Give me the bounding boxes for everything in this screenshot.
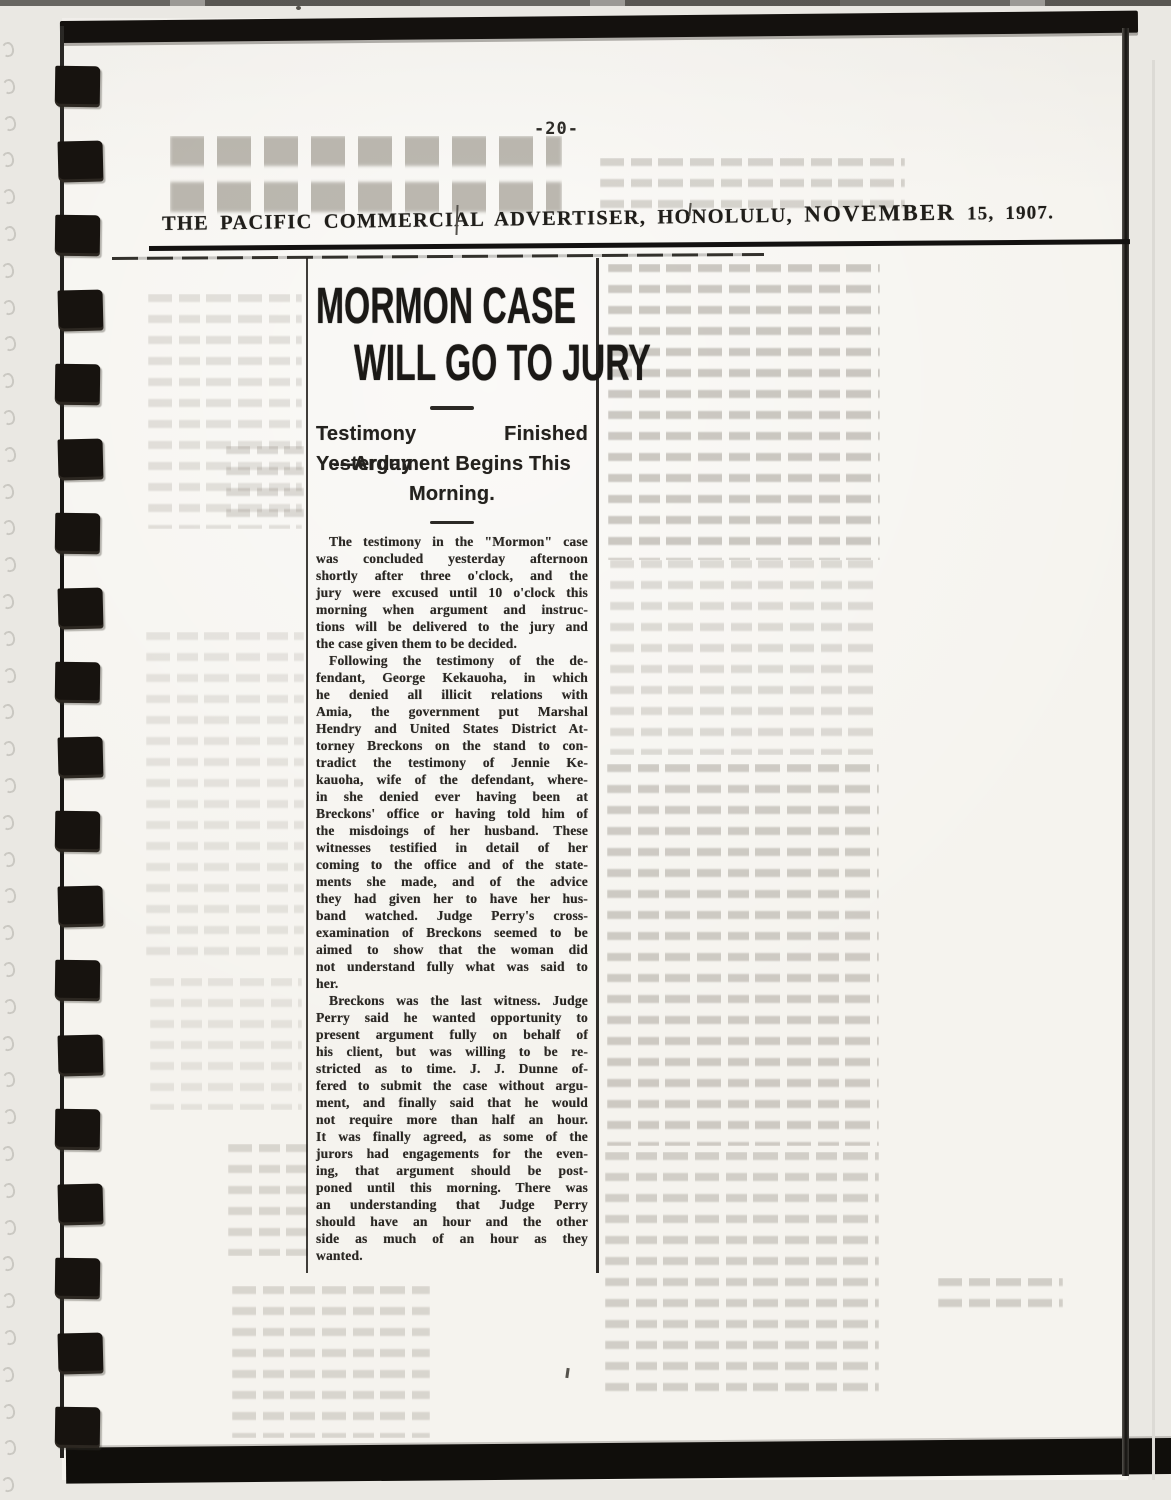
page-right-edge-shadow [1122, 28, 1129, 1476]
article-line: they had given her to have her hus- [316, 890, 588, 907]
spiral-ring [0, 1145, 15, 1162]
spiral-ring [0, 703, 15, 720]
binding-hole [58, 736, 104, 778]
spiral-ring [2, 887, 17, 904]
article-line: was concluded yesterday afternoon [316, 550, 588, 567]
article-line: present argument fully on behalf of [316, 1026, 588, 1043]
spiral-ring [1, 1182, 16, 1199]
spiral-ring [0, 151, 15, 168]
ghost-text-block [605, 1152, 879, 1404]
spiral-ring [0, 814, 15, 831]
article-line: jurors had engagements for the even- [316, 1145, 588, 1162]
spiral-ring [0, 372, 15, 389]
ghost-text-block [228, 1144, 308, 1256]
article-line: should have an hour and the other [316, 1213, 588, 1230]
article-line: Amia, the government put Marshal [316, 703, 588, 720]
binding-hole [58, 885, 104, 927]
article-line: examination of Breckons seemed to be [316, 924, 588, 941]
article-line: witnesses testified in detail of her [316, 839, 588, 856]
article-line: It was finally agreed, as some of the [316, 1128, 588, 1145]
ghost-text-block [608, 264, 880, 560]
spiral-ring [2, 225, 17, 242]
spiral-ring [1, 78, 16, 95]
article-line: Breckons' office or having told him of [316, 805, 588, 822]
article-line: ing, that argument should be post- [316, 1162, 588, 1179]
binding-hole [55, 364, 101, 406]
article-line: aimed to show that the woman did [316, 941, 588, 958]
binding-hole [55, 66, 101, 108]
article-line: not understand fully what was said to [316, 958, 588, 975]
binding-hole [58, 140, 104, 182]
article-line: stricted as to time. J. J. Dunne of- [316, 1060, 588, 1077]
article-line: Following the testimony of the de- [316, 652, 588, 669]
binding-hole [58, 1034, 104, 1076]
spiral-ring [2, 777, 17, 794]
article-line: side as much of an hour as they [316, 1230, 588, 1247]
binding-hole [58, 1332, 104, 1374]
article-line: in she denied ever having been at [316, 788, 588, 805]
spiral-ring [1, 188, 16, 205]
article-column: MORMON CASE WILL GO TO JURY Testimony Fi… [306, 258, 599, 1273]
ghost-text-block [150, 978, 302, 1110]
article-line: the misdoings of her husband. These [316, 822, 588, 839]
spiral-ring [2, 1439, 17, 1456]
article-line: shortly after three o'clock, and the [316, 567, 588, 584]
subhead-line: Testimony Finished Yesterday [316, 419, 588, 449]
spiral-ring [1, 961, 16, 978]
page-number: -20- [534, 119, 579, 139]
article-line: jury were excused until 10 o'clock this [316, 584, 588, 601]
article-body: The testimony in the "Mormon" casewas co… [316, 533, 588, 1264]
ghost-text-block [170, 136, 562, 216]
article-line: he denied all illicit relations with [316, 686, 588, 703]
binding-hole [55, 1258, 101, 1300]
article-line: wanted. [316, 1247, 588, 1264]
spiral-ring [2, 115, 17, 132]
article-line: ments she made, and of the advice [316, 873, 588, 890]
paragraph: Following the testimony of the de-fendan… [316, 652, 588, 992]
spiral-ring [0, 1476, 15, 1493]
article-line: ment, and finally said that he would [316, 1094, 588, 1111]
spiral-ring [2, 1219, 17, 1236]
binding-hole [58, 1183, 104, 1225]
masthead-month: NOVEMBER [804, 200, 956, 227]
divider-dash [430, 521, 474, 525]
article-line: fendant, George Kekauoha, in which [316, 669, 588, 686]
copier-top-line [0, 0, 1171, 6]
spiral-ring [0, 262, 15, 279]
binding-hole [58, 587, 104, 629]
article-line: morning when argument and instruc- [316, 601, 588, 618]
page-crease [1152, 60, 1155, 1480]
article-line: The testimony in the "Mormon" case [316, 533, 588, 550]
article-line: torney Breckons on the stand to con- [316, 737, 588, 754]
spiral-ring [0, 924, 15, 941]
article-line: her. [316, 975, 588, 992]
binding-hole [55, 1109, 101, 1151]
ghost-text-block [146, 632, 304, 967]
masthead-date: 15, 1907. [967, 202, 1054, 224]
headline: MORMON CASE WILL GO TO JURY [316, 258, 588, 392]
binding-hole [55, 662, 101, 704]
binding-hole [55, 513, 101, 555]
spiral-ring [2, 446, 17, 463]
spiral-ring [0, 1255, 15, 1272]
spiral-ring [2, 998, 17, 1015]
article-line: an understanding that Judge Perry [316, 1196, 588, 1213]
ghost-text-block [232, 1286, 430, 1438]
subhead-line: ---Argument Begins This [316, 449, 588, 479]
paragraph: The testimony in the "Mormon" casewas co… [316, 533, 588, 652]
spiral-ring [0, 593, 15, 610]
binding-hole [55, 960, 101, 1002]
spiral-ring [1, 519, 16, 536]
ghost-text-block [607, 764, 879, 1146]
spiral-ring [0, 483, 15, 500]
divider-dash [430, 406, 474, 410]
spiral-ring [1, 630, 16, 647]
binding-hole [55, 811, 101, 853]
headline-line: WILL GO TO JURY [354, 335, 508, 392]
spiral-ring [2, 667, 17, 684]
article-line: Perry said he wanted opportunity to [316, 1009, 588, 1026]
headline-line: MORMON CASE [316, 278, 496, 335]
spiral-ring [0, 1366, 15, 1383]
article-line: kauoha, wife of the defendant, where- [316, 771, 588, 788]
article-line: not require more than half an hour. [316, 1111, 588, 1128]
spiral-ring [2, 335, 17, 352]
ghost-text-block [938, 1278, 1063, 1320]
spiral-ring [0, 1035, 15, 1052]
spiral-ring [1, 409, 16, 426]
spiral-ring [2, 1329, 17, 1346]
article-line: the case given them to be decided. [316, 635, 588, 652]
article-line: fered to submit the case without argu- [316, 1077, 588, 1094]
binding-hole [55, 1407, 101, 1449]
spiral-ring [1, 1292, 16, 1309]
paragraph: Breckons was the last witness. JudgePerr… [316, 992, 588, 1264]
subhead: Testimony Finished Yesterday ---Argument… [316, 419, 588, 509]
spiral-ring [0, 41, 15, 58]
binding-hole [55, 215, 101, 257]
spiral-ring [1, 1071, 16, 1088]
article-line: tradict the testimony of Jennie Ke- [316, 754, 588, 771]
ghost-text-block [610, 560, 878, 755]
ink-speck [296, 6, 301, 10]
spiral-ring [1, 740, 16, 757]
article-line: coming to the office and of the state- [316, 856, 588, 873]
article-line: poned until this morning. There was [316, 1179, 588, 1196]
article-line: band watched. Judge Perry's cross- [316, 907, 588, 924]
article-line: Hendry and United States District At- [316, 720, 588, 737]
article-line: Breckons was the last witness. Judge [316, 992, 588, 1009]
article-line: tions will be delivered to the jury and [316, 618, 588, 635]
ghost-text-block [226, 446, 304, 520]
spiral-ring [2, 1108, 17, 1125]
binding-hole [58, 438, 104, 480]
subhead-line: Morning. [316, 479, 588, 509]
binding-hole [58, 289, 104, 331]
spiral-ring [1, 299, 16, 316]
spiral-ring [1, 851, 16, 868]
scanned-scrapbook-page: -20- THE PACIFIC COMMERCIAL ADVERTISER, … [0, 0, 1171, 1500]
spiral-ring [1, 1403, 16, 1420]
article-line: his client, but was willing to be re- [316, 1043, 588, 1060]
spiral-ring [2, 556, 17, 573]
